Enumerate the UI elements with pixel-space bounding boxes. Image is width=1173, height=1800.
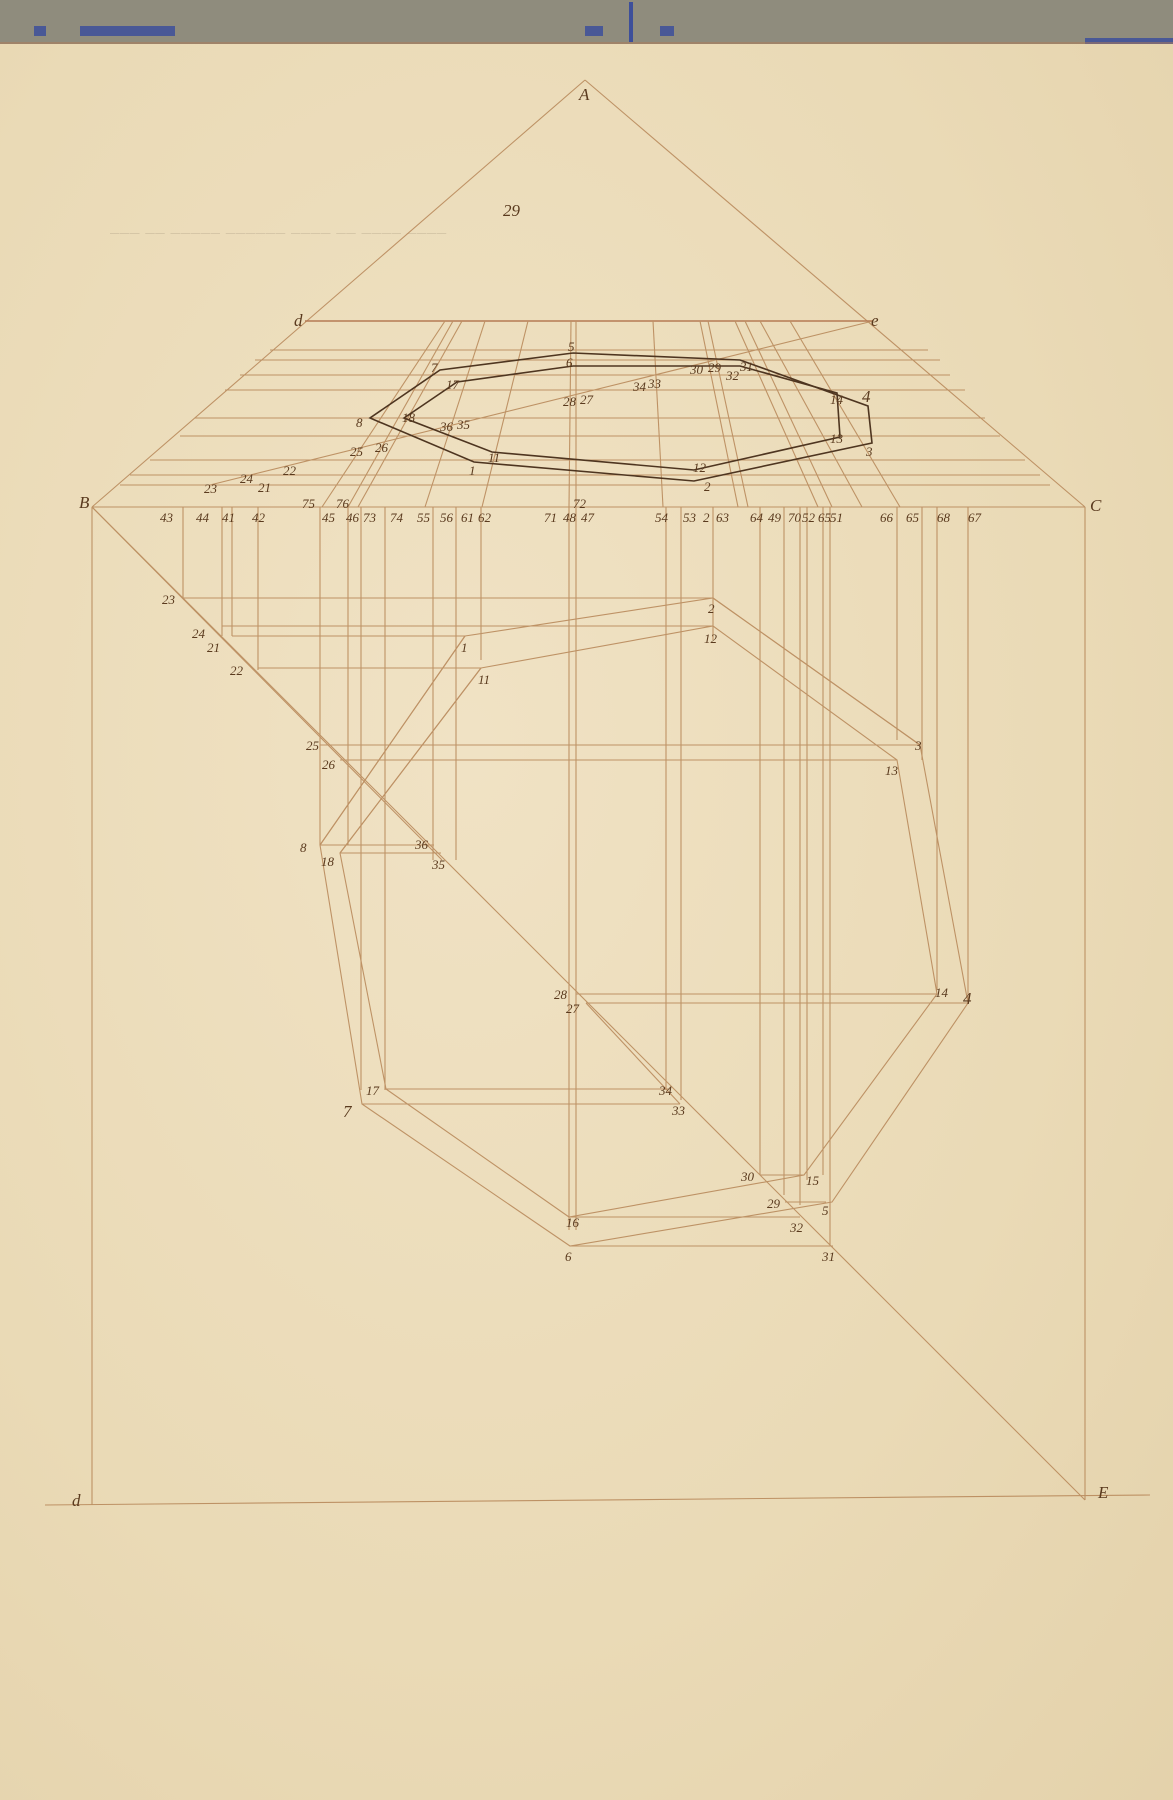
vertex-label-e-bottom: E <box>1098 1484 1108 1501</box>
vertex-label-e-top: e <box>871 312 879 329</box>
plan-point-label: 27 <box>566 1002 579 1015</box>
baseline-label: 72 <box>573 497 586 510</box>
plan-point-label: 3 <box>915 739 922 752</box>
point-label: 12 <box>693 461 706 474</box>
baseline-label: 62 <box>478 511 491 524</box>
point-label: 3 <box>866 445 873 458</box>
baseline-label: 68 <box>937 511 950 524</box>
plan-point-label: 33 <box>672 1104 685 1117</box>
point-label: 27 <box>580 393 593 406</box>
plan-point-label: 18 <box>321 855 334 868</box>
point-label: 17 <box>446 378 459 391</box>
plan-point-label: 26 <box>322 758 335 771</box>
plan-point-label: 2 <box>708 602 715 615</box>
baseline-label: 44 <box>196 511 209 524</box>
baseline-label: 75 <box>302 497 315 510</box>
plan-point-label: 34 <box>659 1084 672 1097</box>
plan-point-label: 13 <box>885 764 898 777</box>
point-label: 36 <box>440 420 453 433</box>
baseline-label: 42 <box>252 511 265 524</box>
baseline-label: 47 <box>581 511 594 524</box>
vertex-label-a: A <box>579 86 589 103</box>
plan-point-label: 28 <box>554 988 567 1001</box>
plan-point-label: 21 <box>207 641 220 654</box>
point-label: 13 <box>830 432 843 445</box>
plan-point-label: 12 <box>704 632 717 645</box>
baseline-label: 71 <box>544 511 557 524</box>
baseline-label: 51 <box>830 511 843 524</box>
point-label: 2 <box>704 480 711 493</box>
plan-point-label: 6 <box>565 1250 572 1263</box>
plan-point-label: 16 <box>566 1216 579 1229</box>
baseline-label: 41 <box>222 511 235 524</box>
baseline-label: 65 <box>906 511 919 524</box>
point-label: 28 <box>563 395 576 408</box>
baseline-label: 63 <box>716 511 729 524</box>
point-label: 24 <box>240 472 253 485</box>
plan-point-label: 11 <box>478 673 490 686</box>
perspective-drawing <box>0 0 1173 1800</box>
vertex-label-c: C <box>1090 497 1101 514</box>
point-label: 6 <box>566 356 573 369</box>
point-label: 22 <box>283 464 296 477</box>
point-label: 34 <box>633 380 646 393</box>
point-label: 25 <box>350 445 363 458</box>
point-label: 23 <box>204 482 217 495</box>
plan-point-label: 7 <box>343 1103 352 1120</box>
plan-point-label: 4 <box>963 990 972 1007</box>
point-label: 31 <box>740 360 753 373</box>
plan-point-label: 35 <box>432 858 445 871</box>
point-label: 30 <box>690 363 703 376</box>
plan-point-label: 17 <box>366 1084 379 1097</box>
point-label: 35 <box>457 418 470 431</box>
plan-point-label: 31 <box>822 1250 835 1263</box>
plan-point-label: 29 <box>767 1197 780 1210</box>
vertex-label-d-bottom: d <box>72 1492 81 1509</box>
plan-point-label: 32 <box>790 1221 803 1234</box>
point-label: 32 <box>726 369 739 382</box>
plan-point-label: 15 <box>806 1174 819 1187</box>
point-label: 14 <box>830 393 843 406</box>
baseline-label: 64 <box>750 511 763 524</box>
plan-point-label: 25 <box>306 739 319 752</box>
plan-point-label: 5 <box>822 1204 829 1217</box>
plan-point-label: 14 <box>935 986 948 999</box>
point-label: 33 <box>648 377 661 390</box>
baseline-label: 76 <box>336 497 349 510</box>
baseline-label: 46 <box>346 511 359 524</box>
point-label: 18 <box>402 411 415 424</box>
baseline-label: 56 <box>440 511 453 524</box>
point-label: 5 <box>568 340 575 353</box>
point-label: 26 <box>375 441 388 454</box>
plan-point-label: 30 <box>741 1170 754 1183</box>
point-label: 4 <box>862 388 871 405</box>
baseline-label: 45 <box>322 511 335 524</box>
vertex-label-b: B <box>79 494 89 511</box>
baseline-label: 74 <box>390 511 403 524</box>
plan-point-label: 22 <box>230 664 243 677</box>
point-label: 21 <box>258 481 271 494</box>
plan-point-label: 24 <box>192 627 205 640</box>
plan-point-label: 1 <box>461 641 468 654</box>
baseline-label: 48 <box>563 511 576 524</box>
point-label: 8 <box>356 416 363 429</box>
point-label: 11 <box>488 451 500 464</box>
point-label: 1 <box>469 464 476 477</box>
baseline-label: 43 <box>160 511 173 524</box>
baseline-label: 66 <box>880 511 893 524</box>
baseline-label: 55 <box>417 511 430 524</box>
baseline-label: 70 <box>788 511 801 524</box>
baseline-label: 2 <box>703 511 710 524</box>
plan-point-label: 23 <box>162 593 175 606</box>
vertex-label-d-top: d <box>294 312 303 329</box>
baseline-label: 61 <box>461 511 474 524</box>
baseline-label: 67 <box>968 511 981 524</box>
page-number-mark: 29 <box>503 202 520 219</box>
baseline-label: 49 <box>768 511 781 524</box>
baseline-label: 52 <box>802 511 815 524</box>
point-label: 7 <box>431 361 438 374</box>
plan-point-label: 8 <box>300 841 307 854</box>
baseline-label: 73 <box>363 511 376 524</box>
plan-point-label: 36 <box>415 838 428 851</box>
baseline-label: 54 <box>655 511 668 524</box>
point-label: 29 <box>708 361 721 374</box>
baseline-label: 53 <box>683 511 696 524</box>
